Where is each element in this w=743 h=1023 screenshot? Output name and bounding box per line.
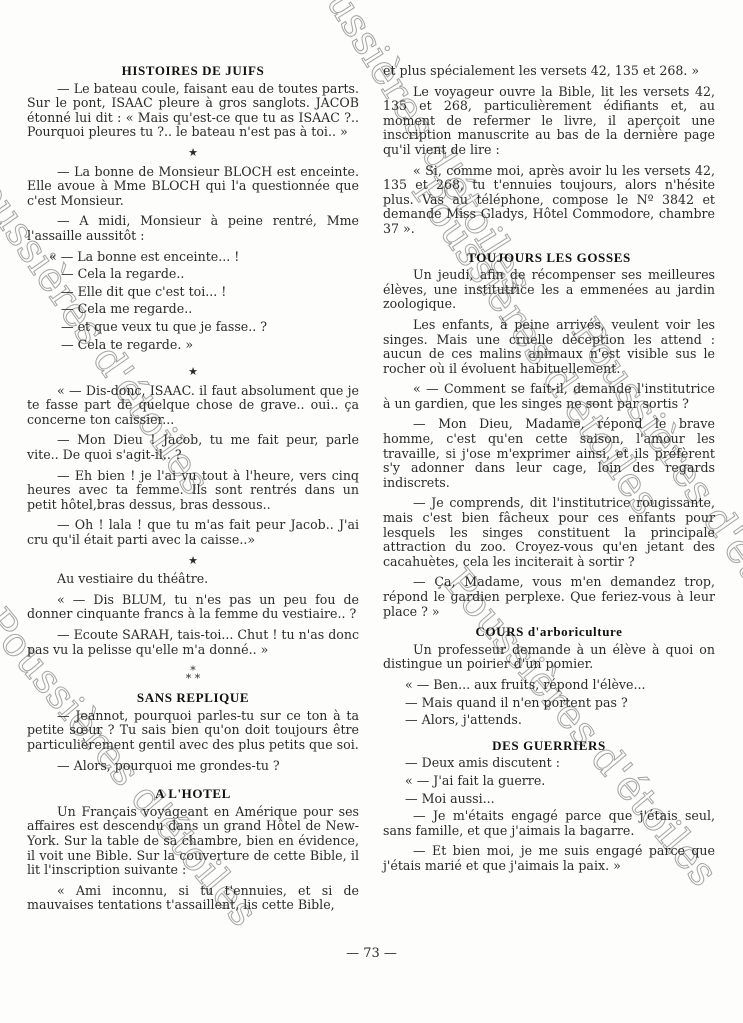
paragraph: Le voyageur ouvre la Bible, lit les vers… [383,85,715,158]
paragraph: — Je comprends, dit l'institutrice rougi… [383,496,715,569]
paragraph: et plus spécialement les versets 42, 135… [383,64,715,79]
paragraph: « Ami inconnu, si tu t'ennuies, et si de… [27,884,359,913]
section-title-sans-replique: SANS REPLIQUE [27,691,359,706]
paragraph: — Je m'étaits engagé parce que j'étais s… [383,809,715,838]
paragraph: Un professeur demande à un élève à quoi … [383,643,715,672]
paragraph: — La bonne de Monsieur BLOCH est enceint… [27,165,359,209]
dialogue-line: — Cela la regarde.. [27,267,359,282]
dialogue-line: — Mais quand il n'en portent pas ? [383,696,715,711]
dialogue-line: — Moi aussi... [383,792,715,807]
section-title-a-l-hotel: A L'HOTEL [27,787,359,802]
dialogue-line: « — Ben... aux fruits, répond l'élève... [383,678,715,693]
dialogue-line: — Deux amis discutent : [383,756,715,771]
left-column: HISTOIRES DE JUIFS — Le bateau coule, fa… [27,64,359,919]
paragraph: — Ça, Madame, vous m'en demandez trop, r… [383,575,715,619]
dialogue-line: — et que veux tu que je fasse.. ? [27,320,359,335]
right-column: et plus spécialement les versets 42, 135… [383,64,715,880]
paragraph: Un jeudi, afin de récompenser ses meille… [383,268,715,312]
section-title-histoires-de-juifs: HISTOIRES DE JUIFS [27,64,359,79]
paragraph: « — Dis-donc, ISAAC. il faut absolument … [27,384,359,428]
star-separator: ★ [27,554,359,569]
paragraph: « — Dis BLUM, tu n'es pas un peu fou de … [27,593,359,622]
dialogue-line: — Elle dit que c'est toi... ! [27,285,359,300]
paragraph: — Et bien moi, je me suis engagé parce q… [383,844,715,873]
paragraph: « Si, comme moi, après avoir lu les vers… [383,164,715,237]
paragraph: — A midi, Monsieur à peine rentré, Mme l… [27,214,359,243]
paragraph: « — Comment se fait-il, demande l'instit… [383,382,715,411]
asterism-separator: * * * [27,667,359,683]
section-title-cours-arboriculture: COURS d'arboriculture [383,625,715,640]
paragraph: — Alors, pourquoi me grondes-tu ? [27,759,359,774]
section-title-des-guerriers: DES GUERRIERS [383,739,715,754]
star-separator: ★ [27,146,359,161]
paragraph: — Eh bien ! je l'ai vu tout à l'heure, v… [27,469,359,513]
section-title-toujours-les-gosses: TOUJOURS LES GOSSES [383,251,715,266]
paragraph: Au vestiaire du théâtre. [27,572,359,587]
paragraph: — Oh ! lala ! que tu m'as fait peur Jaco… [27,518,359,547]
paragraph: Un Français voyageant en Amérique pour s… [27,805,359,878]
paragraph: — Le bateau coule, faisant eau de toutes… [27,82,359,140]
paragraph: — Ecoute SARAH, tais-toi... Chut ! tu n'… [27,628,359,657]
dialogue-line: — Alors, j'attends. [383,713,715,728]
dialogue-line: « — La bonne est enceinte... ! [27,250,359,265]
dialogue-line: — Cela te regarde. » [27,338,359,353]
dialogue-line: — Cela me regarde.. [27,302,359,317]
page-number: — 73 — [0,946,743,961]
dialogue-line: « — J'ai fait la guerre. [383,774,715,789]
paragraph: — Mon Dieu ! Jacob, tu me fait peur, par… [27,433,359,462]
paragraph: Les enfants, à peine arrivés, veulent vo… [383,318,715,376]
paragraph: — Mon Dieu, Madame, répond le brave homm… [383,417,715,490]
paragraph: — Jeannot, pourquoi parles-tu sur ce ton… [27,709,359,753]
star-separator: ★ [27,365,359,380]
